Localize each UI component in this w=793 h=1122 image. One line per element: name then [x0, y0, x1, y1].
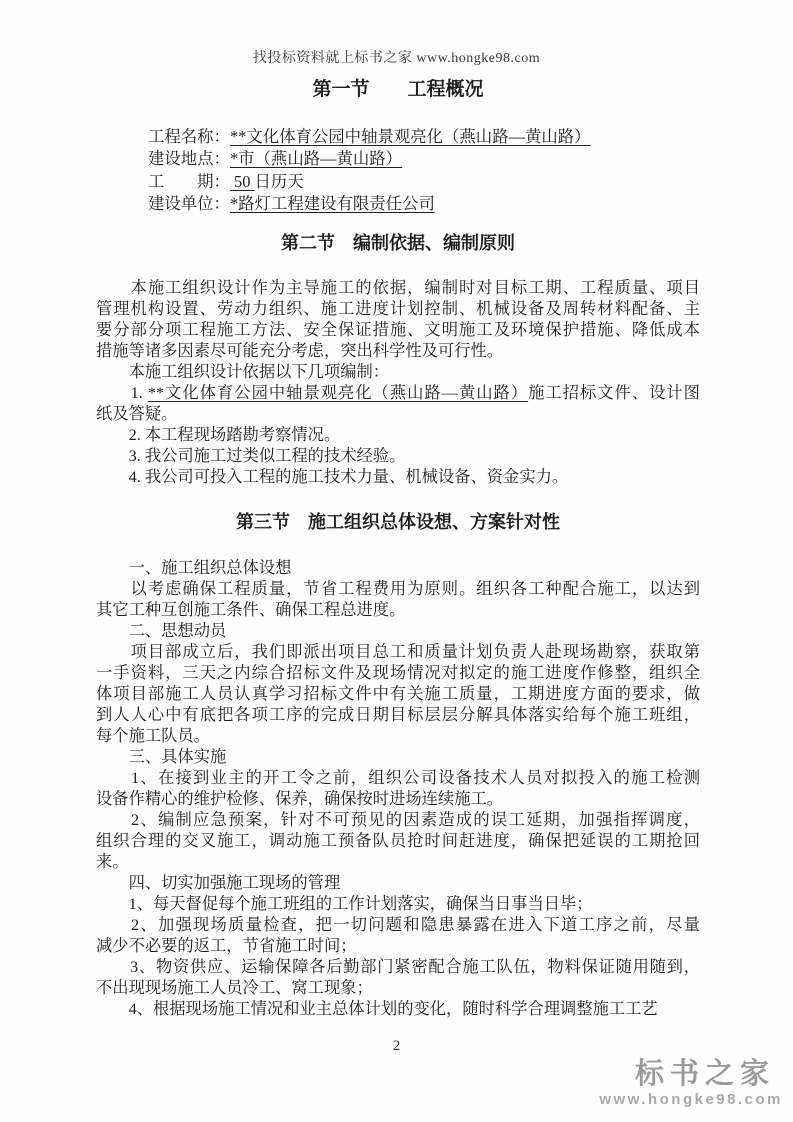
underlined-value: **文化体育公园中轴景观亮化（燕山路—黄山路）: [148, 383, 528, 402]
site-logo-text: 标书之家: [599, 1057, 775, 1091]
section2-body: 本施工组织设计作为主导施工的依据，编制时对目标工期、工程质量、项目管理机构设置、…: [96, 277, 700, 487]
text-line: 二、思想动员: [96, 620, 700, 641]
text-line: 三、具体实施: [96, 746, 700, 767]
underlined-value: 50: [230, 172, 255, 191]
page-number: 2: [0, 1038, 793, 1055]
text-line: 组织合理的交叉施工，调动施工预备队员抢时间赶进度，确保把延误的工期抢回: [96, 830, 700, 851]
text-line: 1、每天督促每个施工班组的工作计划落实，确保当日事当日毕；: [96, 893, 700, 914]
text-line: 要分部分项工程施工方法、安全保证措施、文明施工及环境保护措施、降低成本: [96, 319, 700, 340]
text-line: 2、编制应急预案，针对不可预见的因素造成的误工延期，加强指挥调度，: [96, 809, 700, 830]
text-line: 本施工组织设计作为主导施工的依据，编制时对目标工期、工程质量、项目: [96, 277, 700, 298]
section3-heading: 第三节 施工组织总体设想、方案针对性: [96, 510, 700, 534]
underlined-value: **文化体育公园中轴景观亮化（燕山路—黄山路）: [230, 127, 591, 146]
text-line: 来。: [96, 851, 700, 872]
text-line: 2、加强现场质量检查，把一切问题和隐患暴露在进入下道工序之前，尽量: [96, 914, 700, 935]
text-line: 2. 本工程现场踏勘考察情况。: [96, 424, 700, 445]
text-line: 1. **文化体育公园中轴景观亮化（燕山路—黄山路）施工招标文件、设计图: [96, 382, 700, 403]
text-line: 到人人心中有底把各项工序的完成日期目标层层分解具体落实给每个施工班组，: [96, 704, 700, 725]
site-url-text: www.hongke98.com: [599, 1092, 783, 1108]
text-line: 项目部成立后，我们即派出项目总工和质量计划负责人赴现场勘察，获取第: [96, 641, 700, 662]
underlined-value: *市（燕山路—黄山路）: [230, 149, 402, 168]
text-line: 建设单位：*路灯工程建设有限责任公司: [148, 193, 700, 215]
footer-watermark: 标书之家 www.hongke98.com: [599, 1057, 783, 1108]
text-line: 四、切实加强施工现场的管理: [96, 872, 700, 893]
text-line: 一、施工组织总体设想: [96, 557, 700, 578]
text-line: 管理机构设置、劳动力组织、施工进度计划控制、机械设备及周转材料配备、主: [96, 298, 700, 319]
project-info-fields: 工程名称：**文化体育公园中轴景观亮化（燕山路—黄山路）建设地点：*市（燕山路—…: [148, 126, 700, 216]
text-line: 工程名称：**文化体育公园中轴景观亮化（燕山路—黄山路）: [148, 126, 700, 148]
text-line: 以考虑确保工程质量，节省工程费用为原则。组织各工种配合施工，以达到: [96, 578, 700, 599]
text-line: 设备作精心的维护检修、保养，确保按时进场连续施工。: [96, 788, 700, 809]
text-line: 每个施工队员。: [96, 725, 700, 746]
text-line: 减少不必要的返工，节省施工时间；: [96, 935, 700, 956]
text-line: 措施等诸多因素尽可能充分考虑，突出科学性及可行性。: [96, 340, 700, 361]
text-line: 不出现现场施工人员冷工、窝工现象；: [96, 977, 700, 998]
underlined-value: *路灯工程建设有限责任公司: [230, 194, 435, 213]
text-line: 1、在接到业主的开工令之前，组织公司设备技术人员对拟投入的施工检测: [96, 767, 700, 788]
text-line: 其它工种互创施工条件、确保工程总进度。: [96, 599, 700, 620]
section3-body: 一、施工组织总体设想 以考虑确保工程质量，节省工程费用为原则。组织各工种配合施工…: [96, 557, 700, 1019]
text-line: 4. 我公司可投入工程的施工技术力量、机械设备、资金实力。: [96, 466, 700, 487]
text-line: 3. 我公司施工过类似工程的技术经验。: [96, 445, 700, 466]
text-line: 本施工组织设计依据以下几项编制：: [96, 361, 700, 382]
text-line: 4、根据现场施工情况和业主总体计划的变化，随时科学合理调整施工工艺: [96, 998, 700, 1019]
section2-heading: 第二节 编制依据、编制原则: [96, 231, 700, 255]
text-line: 工 期： 50 日历天: [148, 171, 700, 193]
text-line: 体项目部施工人员认真学习招标文件中有关施工质量，工期进度方面的要求，做: [96, 683, 700, 704]
text-line: 一手资料，三天之内综合招标文件及现场情况对拟定的施工进度作修整，组织全: [96, 662, 700, 683]
text-line: 建设地点：*市（燕山路—黄山路）: [148, 148, 700, 170]
text-line: 3、物资供应、运输保障各后勤部门紧密配合施工队伍，物料保证随用随到，: [96, 956, 700, 977]
document-page: 找投标资料就上标书之家 www.hongke98.com 第一节 工程概况工程名…: [0, 0, 793, 1122]
header-watermark-text: 找投标资料就上标书之家 www.hongke98.com: [0, 47, 793, 67]
document-body: 第一节 工程概况工程名称：**文化体育公园中轴景观亮化（燕山路—黄山路）建设地点…: [96, 77, 700, 1019]
section1-heading: 第一节 工程概况: [96, 77, 700, 102]
text-line: 纸及答疑。: [96, 403, 700, 424]
